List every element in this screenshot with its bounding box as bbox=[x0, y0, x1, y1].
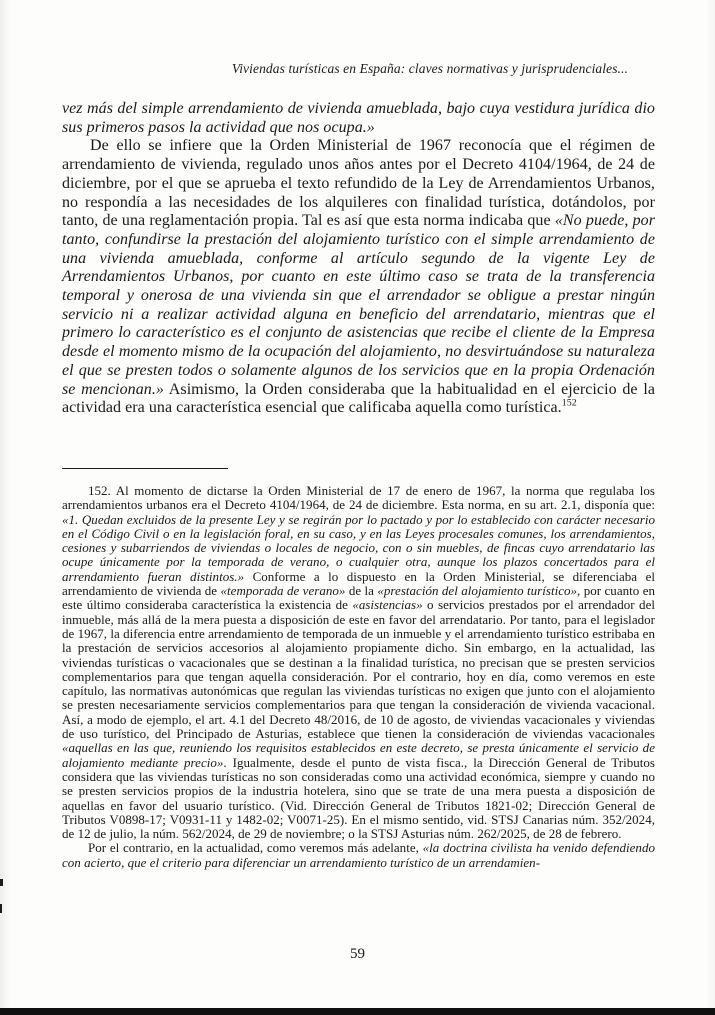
footnote-reference-152: 152 bbox=[562, 398, 577, 409]
footnote-block: 152. Al momento de dictarse la Orden Min… bbox=[62, 484, 655, 870]
book-page: Viviendas turísticas en España: claves n… bbox=[0, 0, 715, 1015]
running-header: Viviendas turísticas en España: claves n… bbox=[62, 61, 628, 77]
opening-quote-paragraph: vez más del simple arrendamiento de vivi… bbox=[62, 100, 655, 137]
footnote-152-paragraph: 152. Al momento de dictarse la Orden Min… bbox=[62, 484, 655, 841]
scan-artifact-bottom-band bbox=[0, 1008, 715, 1015]
main-paragraph: De ello se infiere que la Orden Minister… bbox=[62, 137, 655, 418]
main-text-block: vez más del simple arrendamiento de vivi… bbox=[62, 100, 655, 418]
footnote-152-continuation-paragraph: Por el contrario, en la actualidad, como… bbox=[62, 841, 655, 870]
page-number: 59 bbox=[0, 946, 715, 963]
scan-artifact-left-tick-1 bbox=[0, 879, 3, 886]
footnote-separator-rule bbox=[62, 468, 228, 469]
main-paragraph-text: De ello se infiere que la Orden Minister… bbox=[62, 137, 655, 416]
scan-artifact-left-tick-2 bbox=[0, 904, 2, 913]
